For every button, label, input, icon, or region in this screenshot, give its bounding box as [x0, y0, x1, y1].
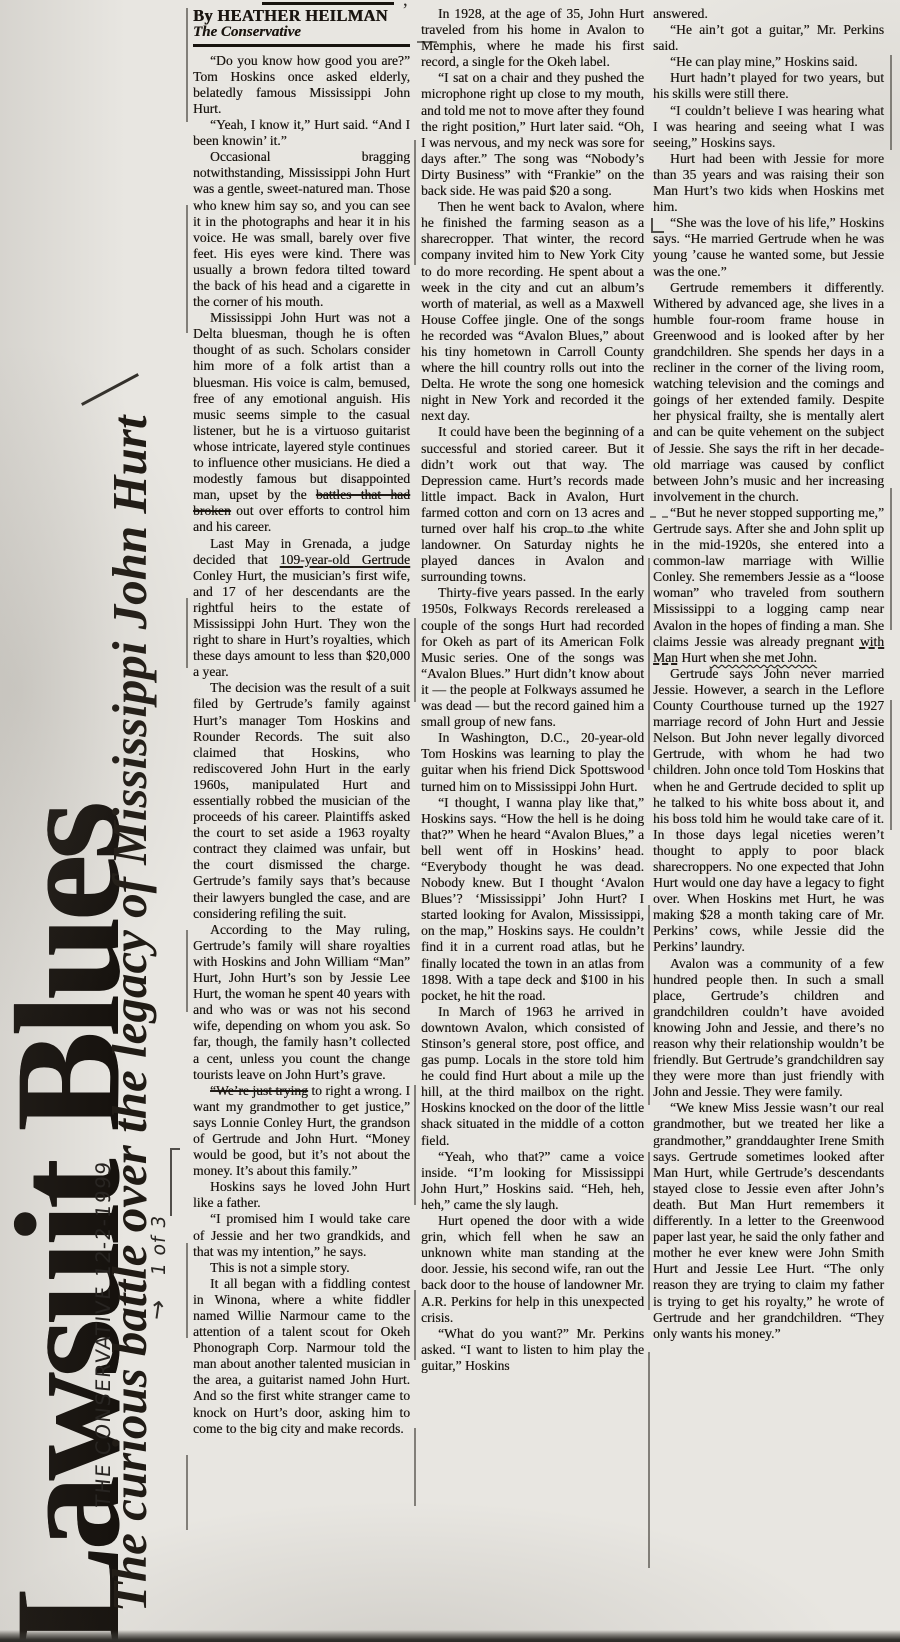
paragraph: “He can play mine,” Hoskins said.	[653, 54, 884, 70]
column-rule-segment	[414, 1290, 416, 1360]
paragraph: “Do you know how good you are?” Tom Hosk…	[193, 53, 410, 117]
paragraph: Hurt hadn’t played for two years, but hi…	[653, 70, 884, 102]
article-column-1: By HEATHER HEILMAN The Conservative “Do …	[193, 6, 410, 1437]
scan-artifact-topline	[262, 2, 394, 5]
paragraph: Mississippi John Hurt was not a Delta bl…	[193, 310, 410, 535]
article-column-3: answered.“He ain’t got a guitar,” Mr. Pe…	[653, 6, 884, 1342]
paragraph: Then he went back to Avalon, where he fi…	[421, 199, 644, 424]
paragraph: “But he never stopped supporting me,” Ge…	[653, 505, 884, 666]
paragraph: It all began with a fiddling contest in …	[193, 1276, 410, 1437]
handwritten-page-note: 1 of 3	[148, 1182, 170, 1277]
paragraph: In March of 1963 he arrived in downtown …	[421, 1004, 644, 1149]
handwritten-bracket	[651, 218, 664, 233]
paragraph: “He ain’t got a guitar,” Mr. Perkins sai…	[653, 22, 884, 54]
paragraph: This is not a simple story.	[193, 1260, 410, 1276]
paragraph: It could have been the beginning of a su…	[421, 424, 644, 585]
byline-publication: The Conservative	[193, 24, 410, 40]
scan-artifact-dash	[417, 41, 437, 43]
paragraph: Avalon was a community of a few hundred …	[653, 956, 884, 1101]
paragraph: “I promised him I would take care of Jes…	[193, 1211, 410, 1259]
paragraph: Gertrude remembers it differently. Withe…	[653, 280, 884, 505]
column-rule-segment	[648, 905, 650, 1105]
column-rule-segment	[890, 488, 892, 630]
column-rule-segment	[648, 1352, 650, 1568]
byline: By HEATHER HEILMAN The Conservative	[193, 8, 410, 47]
paragraph: Gertrude says John never married Jessie.…	[653, 666, 884, 956]
column-rule-segment	[186, 205, 188, 333]
paragraph: Occasional bragging notwithstanding, Mis…	[193, 149, 410, 310]
paragraph: Hurt opened the door with a wide grin, w…	[421, 1213, 644, 1326]
paragraph: In Washington, D.C., 20-year-old Tom Hos…	[421, 730, 644, 794]
paragraph: “Yeah, who that?” came a voice inside. “…	[421, 1149, 644, 1213]
paragraph: “I thought, I wanna play like that,” Hos…	[421, 795, 644, 1004]
paragraph: “We knew Miss Jessie wasn’t our real gra…	[653, 1100, 884, 1341]
column-rule-segment	[186, 598, 188, 668]
paragraph: “She was the love of his life,” Hoskins …	[653, 215, 884, 279]
column-rule-segment	[186, 1455, 188, 1530]
paragraph: In 1928, at the age of 35, John Hurt tra…	[421, 6, 644, 70]
scan-artifact-dashed-line	[546, 531, 604, 533]
byline-rule	[193, 44, 410, 47]
column-rule-segment	[186, 8, 188, 122]
handwritten-margin-bracket	[170, 1148, 180, 1216]
scan-artifact-dashed-line	[650, 516, 668, 518]
column-rule-segment	[648, 1152, 650, 1310]
paragraph: answered.	[653, 6, 884, 22]
scan-edge-shadow	[0, 1630, 900, 1642]
paragraph: “What do you want?” Mr. Perkins asked. “…	[421, 1326, 644, 1374]
article-column-2: In 1928, at the age of 35, John Hurt tra…	[421, 6, 644, 1374]
paragraph: “We’re just trying to right a wrong. I w…	[193, 1083, 410, 1180]
column-rule-segment	[648, 558, 650, 770]
column-rule-segment	[414, 140, 416, 265]
paragraph: “Yeah, I know it,” Hurt said. “And I bee…	[193, 117, 410, 149]
scan-artifact-tick: ’	[402, 0, 408, 22]
handwritten-arrow-icon: →	[143, 1278, 174, 1321]
newspaper-clipping-scan: Lawsuit Blues The curious battle over th…	[0, 0, 900, 1642]
column-rule-segment	[890, 700, 892, 830]
paragraph: Thirty-five years passed. In the early 1…	[421, 585, 644, 730]
column-rule-segment	[186, 1243, 188, 1338]
column-rule-segment	[414, 618, 416, 702]
paragraph: Hoskins says he loved John Hurt like a f…	[193, 1179, 410, 1211]
column-rule-segment	[414, 1428, 416, 1506]
handwritten-source-note: THE CONSERVATIVE 12-2-1999	[90, 958, 116, 1509]
paragraph: “I sat on a chair and they pushed the mi…	[421, 70, 644, 199]
paragraph: “I couldn’t believe I was hearing what I…	[653, 103, 884, 151]
paragraph: Hurt had been with Jessie for more than …	[653, 151, 884, 215]
paragraph: The decision was the result of a suit fi…	[193, 680, 410, 921]
column-rule-segment	[186, 930, 188, 1012]
paragraph: Last May in Grenada, a judge decided tha…	[193, 536, 410, 681]
byline-author: By HEATHER HEILMAN	[193, 8, 410, 24]
column-rule-segment	[414, 1085, 416, 1205]
paragraph: According to the May ruling, Gertrude’s …	[193, 922, 410, 1083]
column-rule-segment	[890, 55, 892, 150]
